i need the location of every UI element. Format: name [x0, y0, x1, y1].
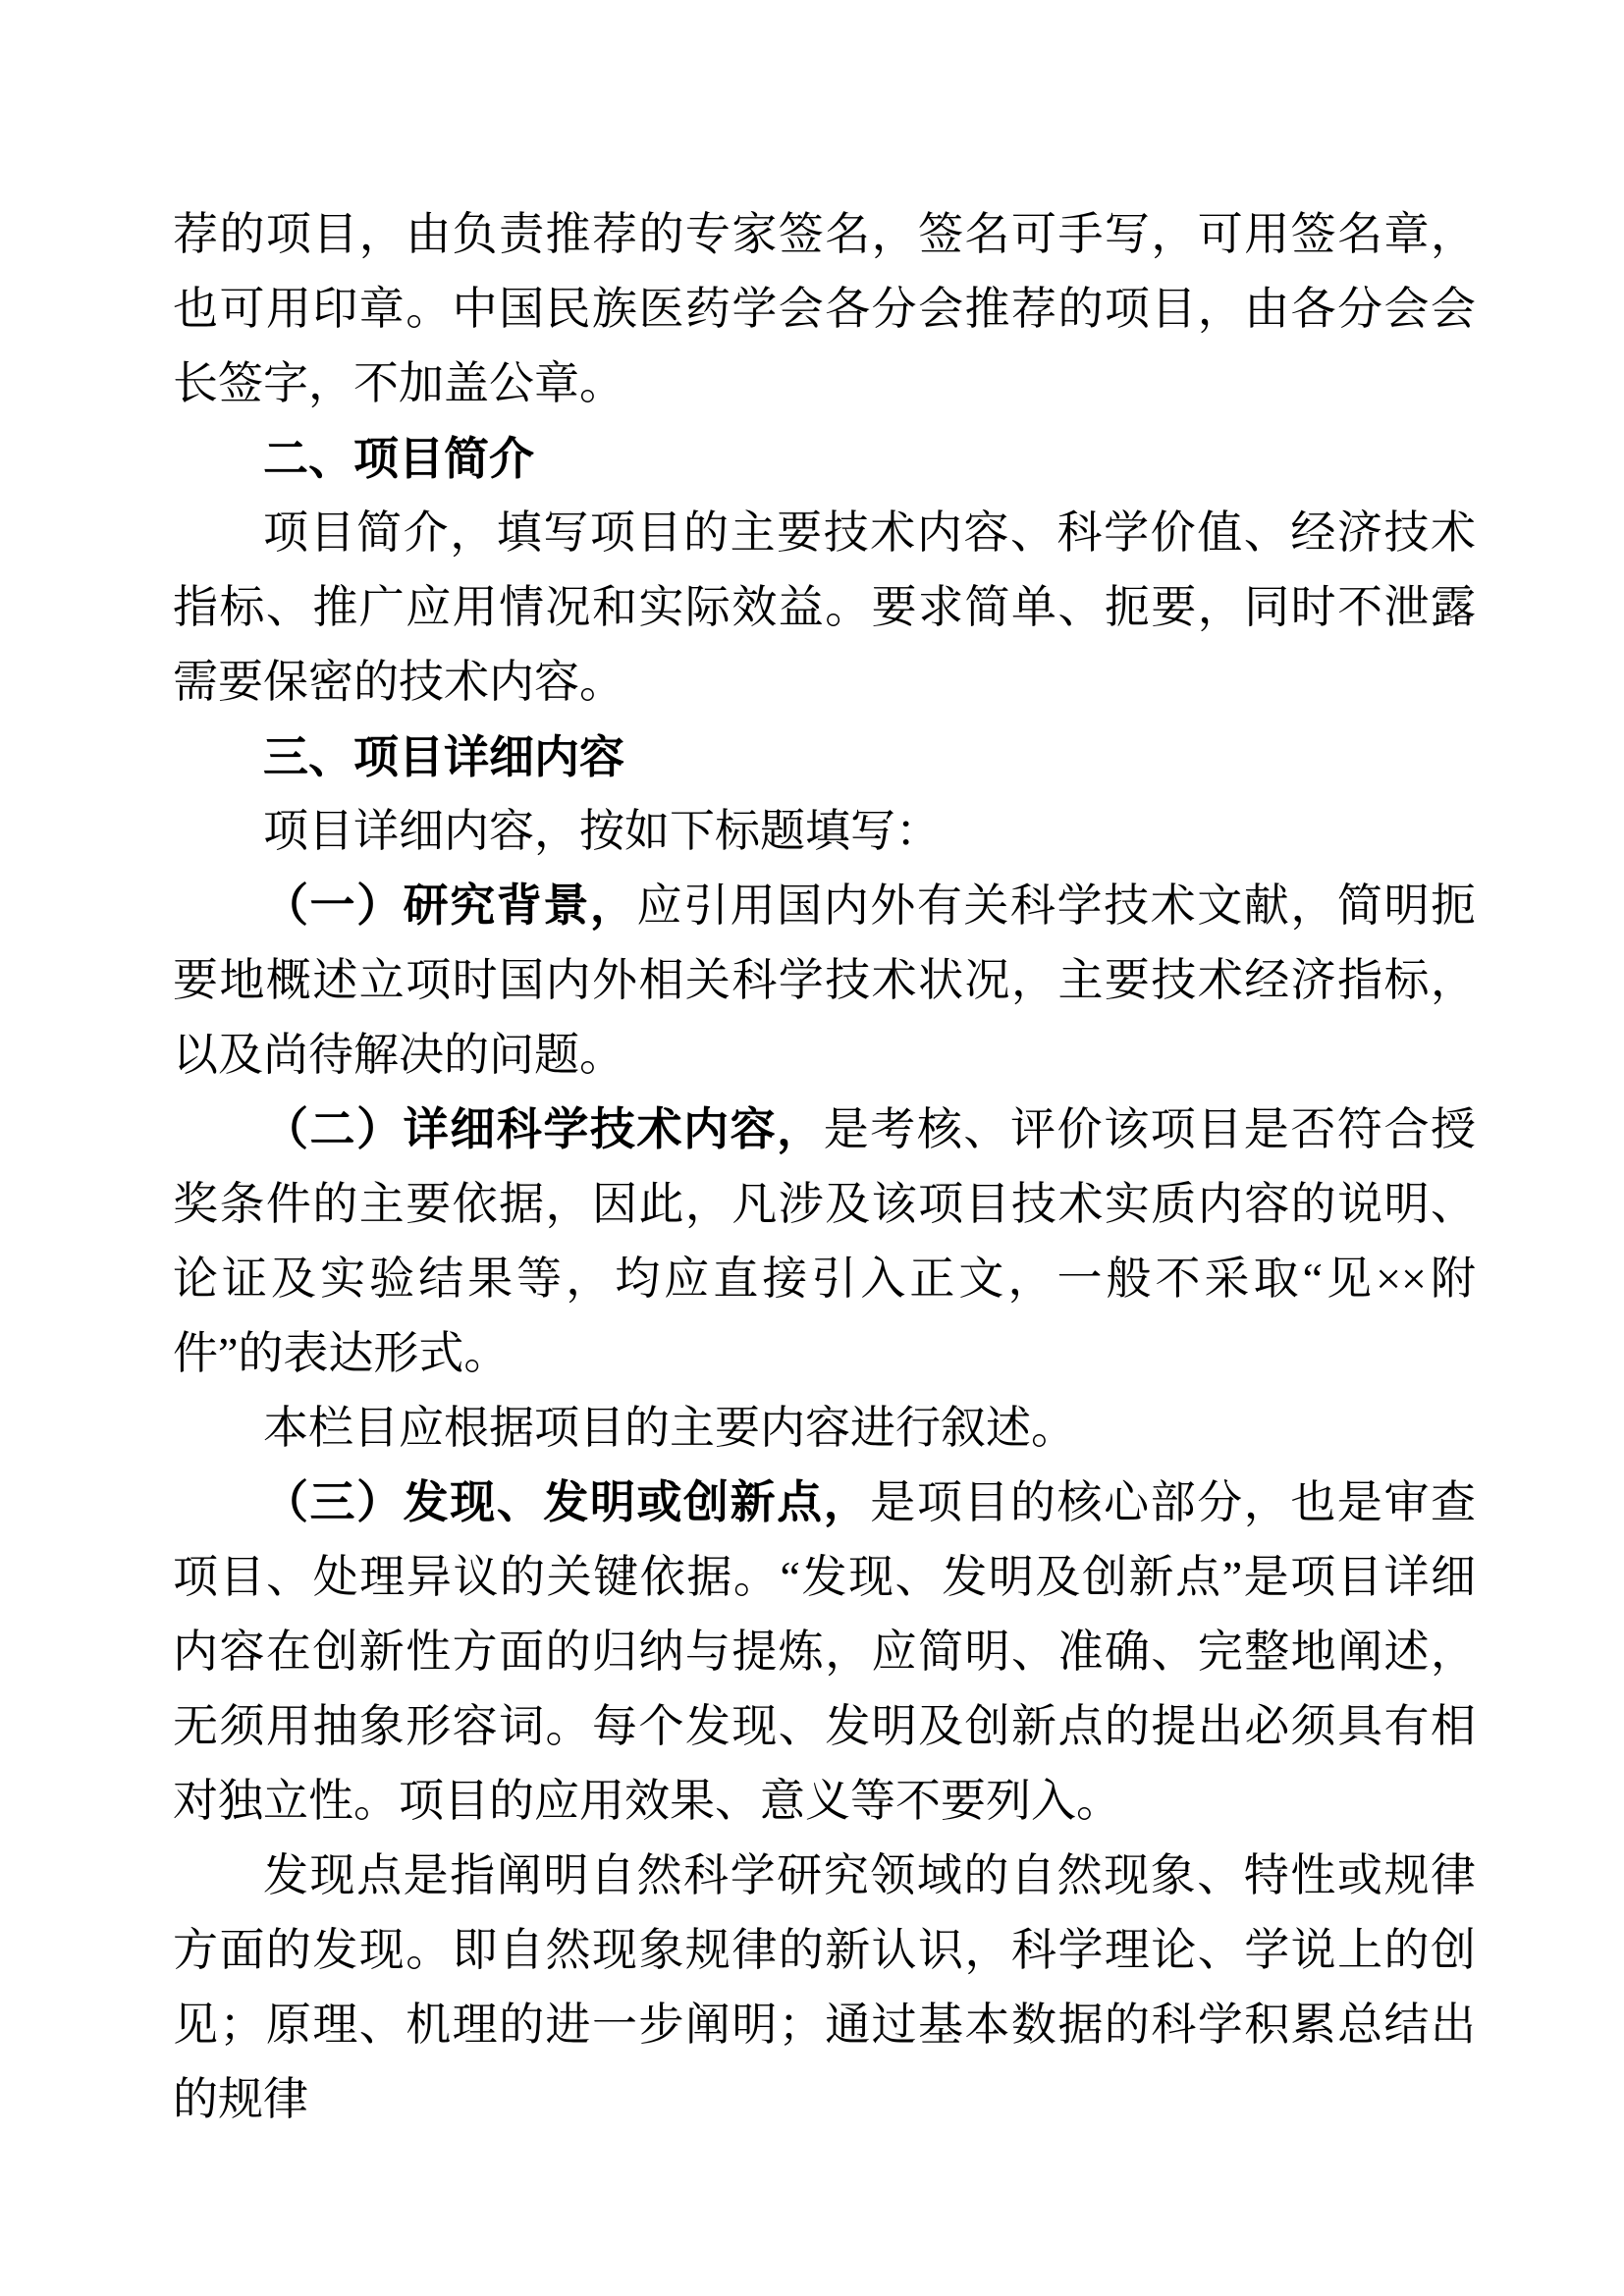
paragraph: 发现点是指阐明自然科学研究领域的自然现象、特性或规律方面的发现。即自然现象规律的…	[173, 1839, 1476, 2137]
paragraph: 本栏目应根据项目的主要内容进行叙述。	[173, 1391, 1476, 1466]
section-heading: 二、项目简介	[173, 421, 1476, 496]
paragraph-lead-bold: （二）详细科学技术内容，	[263, 1104, 824, 1154]
document-page: 荐的项目，由负责推荐的专家签名，签名可手写，可用签名章，也可用印章。中国民族医药…	[0, 0, 1624, 2296]
document-body: 荐的项目，由负责推荐的专家签名，签名可手写，可用签名章，也可用印章。中国民族医药…	[173, 197, 1476, 2137]
paragraph-text: 项目简介，填写项目的主要技术内容、科学价值、经济技术指标、推广应用情况和实际效益…	[173, 507, 1476, 707]
paragraph: 荐的项目，由负责推荐的专家签名，签名可手写，可用签名章，也可用印章。中国民族医药…	[173, 197, 1476, 421]
heading-text: 三、项目详细内容	[263, 731, 624, 782]
paragraph-text: 是项目的核心部分，也是审查项目、处理异议的关键依据。“发现、发明及创新点”是项目…	[173, 1477, 1476, 1826]
paragraph-text: 荐的项目，由负责推荐的专家签名，签名可手写，可用签名章，也可用印章。中国民族医药…	[173, 209, 1476, 408]
paragraph: （一）研究背景，应引用国内外有关科学技术文献，简明扼要地概述立项时国内外相关科学…	[173, 869, 1476, 1093]
paragraph-text: 发现点是指阐明自然科学研究领域的自然现象、特性或规律方面的发现。即自然现象规律的…	[173, 1850, 1476, 2124]
paragraph: 项目详细内容，按如下标题填写：	[173, 794, 1476, 869]
paragraph-text: 项目详细内容，按如下标题填写：	[263, 806, 941, 856]
paragraph: （二）详细科学技术内容，是考核、评价该项目是否符合授奖条件的主要依据，因此，凡涉…	[173, 1093, 1476, 1391]
paragraph-lead-bold: （一）研究背景，	[263, 881, 636, 931]
paragraph-text: 本栏目应根据项目的主要内容进行叙述。	[263, 1403, 1076, 1453]
paragraph: 项目简介，填写项目的主要技术内容、科学价值、经济技术指标、推广应用情况和实际效益…	[173, 496, 1476, 720]
section-heading: 三、项目详细内容	[173, 720, 1476, 794]
paragraph-lead-bold: （三）发现、发明或创新点，	[263, 1477, 870, 1527]
paragraph: （三）发现、发明或创新点，是项目的核心部分，也是审查项目、处理异议的关键依据。“…	[173, 1466, 1476, 1839]
heading-text: 二、项目简介	[263, 433, 534, 484]
